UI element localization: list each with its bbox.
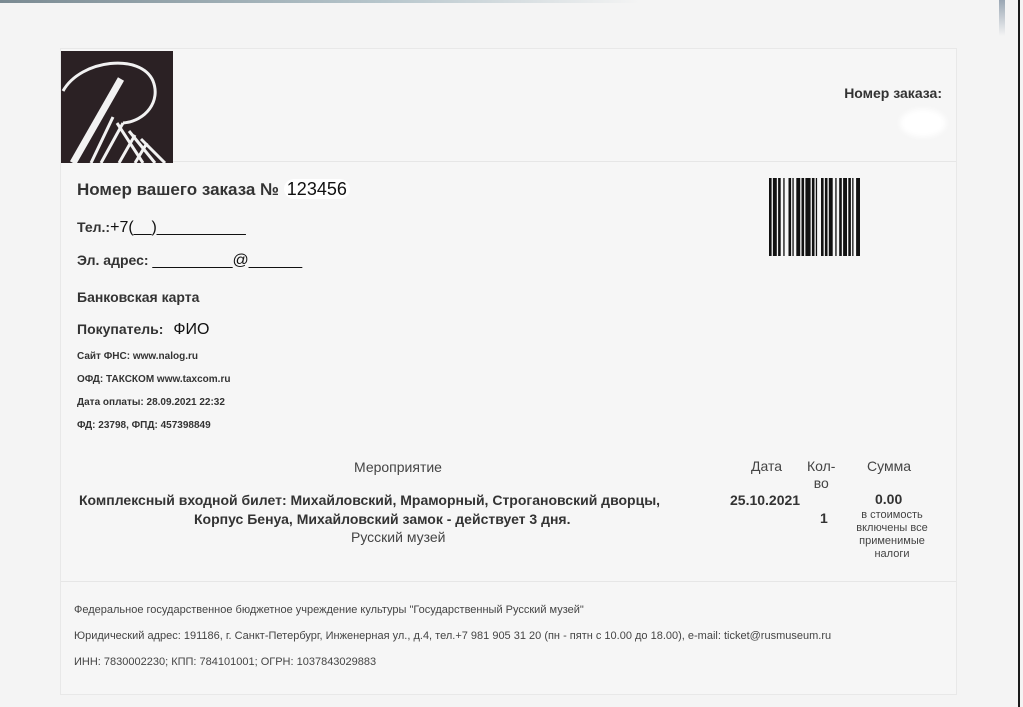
ofd: ОФД: ТАКСКОМ www.taxcom.ru	[77, 374, 230, 385]
buyer-field: Покупатель: ФИО	[77, 321, 209, 339]
col-header-qty-line1: Кол-	[807, 458, 835, 475]
col-header-event: Мероприятие	[354, 459, 442, 475]
order-title-label: Номер вашего заказа №	[77, 180, 279, 199]
russian-museum-logo-icon	[61, 51, 173, 163]
event-qty: 1	[820, 510, 828, 526]
col-header-sum: Сумма	[867, 458, 911, 474]
phone-label: Тел.:	[77, 219, 110, 235]
buyer-value: ФИО	[173, 321, 209, 338]
payment-method: Банковская карта	[77, 289, 199, 305]
col-header-qty: Кол- во	[807, 458, 835, 492]
order-title: Номер вашего заказа № 123456	[77, 177, 350, 201]
footer-address: Юридический адрес: 191186, г. Санкт-Пете…	[74, 630, 831, 642]
email-value: _________@______	[152, 252, 302, 269]
phone-value: +7(__)__________	[110, 219, 246, 236]
buyer-label: Покупатель:	[77, 321, 163, 337]
barcode-icon	[767, 178, 927, 256]
event-line1: Комплексный входной билет: Михайловский,…	[79, 492, 660, 508]
receipt: Номер заказа: Номер вашего заказа № 1234…	[60, 48, 957, 695]
order-number-label: Номер заказа:	[844, 85, 942, 101]
event-date: 25.10.2021	[730, 492, 800, 508]
fd-fpd: ФД: 23798, ФПД: 457398849	[77, 420, 211, 431]
footer-organization: Федеральное государственное бюджетное уч…	[74, 604, 584, 616]
scan-shadow	[999, 0, 1005, 36]
receipt-footer: Федеральное государственное бюджетное уч…	[61, 581, 956, 694]
email-field: Эл. адрес: _________@______	[77, 252, 302, 270]
tax-note: в стоимость включены все применимые нало…	[847, 509, 937, 561]
order-number: 123456	[284, 179, 350, 199]
col-header-qty-line2: во	[807, 475, 835, 492]
col-header-date: Дата	[751, 458, 782, 474]
event-sum: 0.00	[875, 491, 902, 507]
redacted-order-number	[900, 109, 946, 137]
event-line2: Корпус Бенуа, Михайловский замок - дейст…	[194, 511, 571, 527]
payment-date: Дата оплаты: 28.09.2021 22:32	[77, 397, 225, 408]
phone-field: Тел.:+7(__)__________	[77, 219, 246, 237]
event-venue: Русский музей	[351, 529, 446, 545]
email-label: Эл. адрес:	[77, 252, 149, 268]
receipt-header: Номер заказа:	[61, 49, 956, 162]
scan-edge-top	[0, 0, 640, 3]
footer-requisites: ИНН: 7830002230; КПП: 784101001; ОГРН: 1…	[74, 656, 376, 668]
scan-edge-right	[1018, 0, 1020, 707]
fns-site: Сайт ФНС: www.nalog.ru	[77, 351, 198, 362]
